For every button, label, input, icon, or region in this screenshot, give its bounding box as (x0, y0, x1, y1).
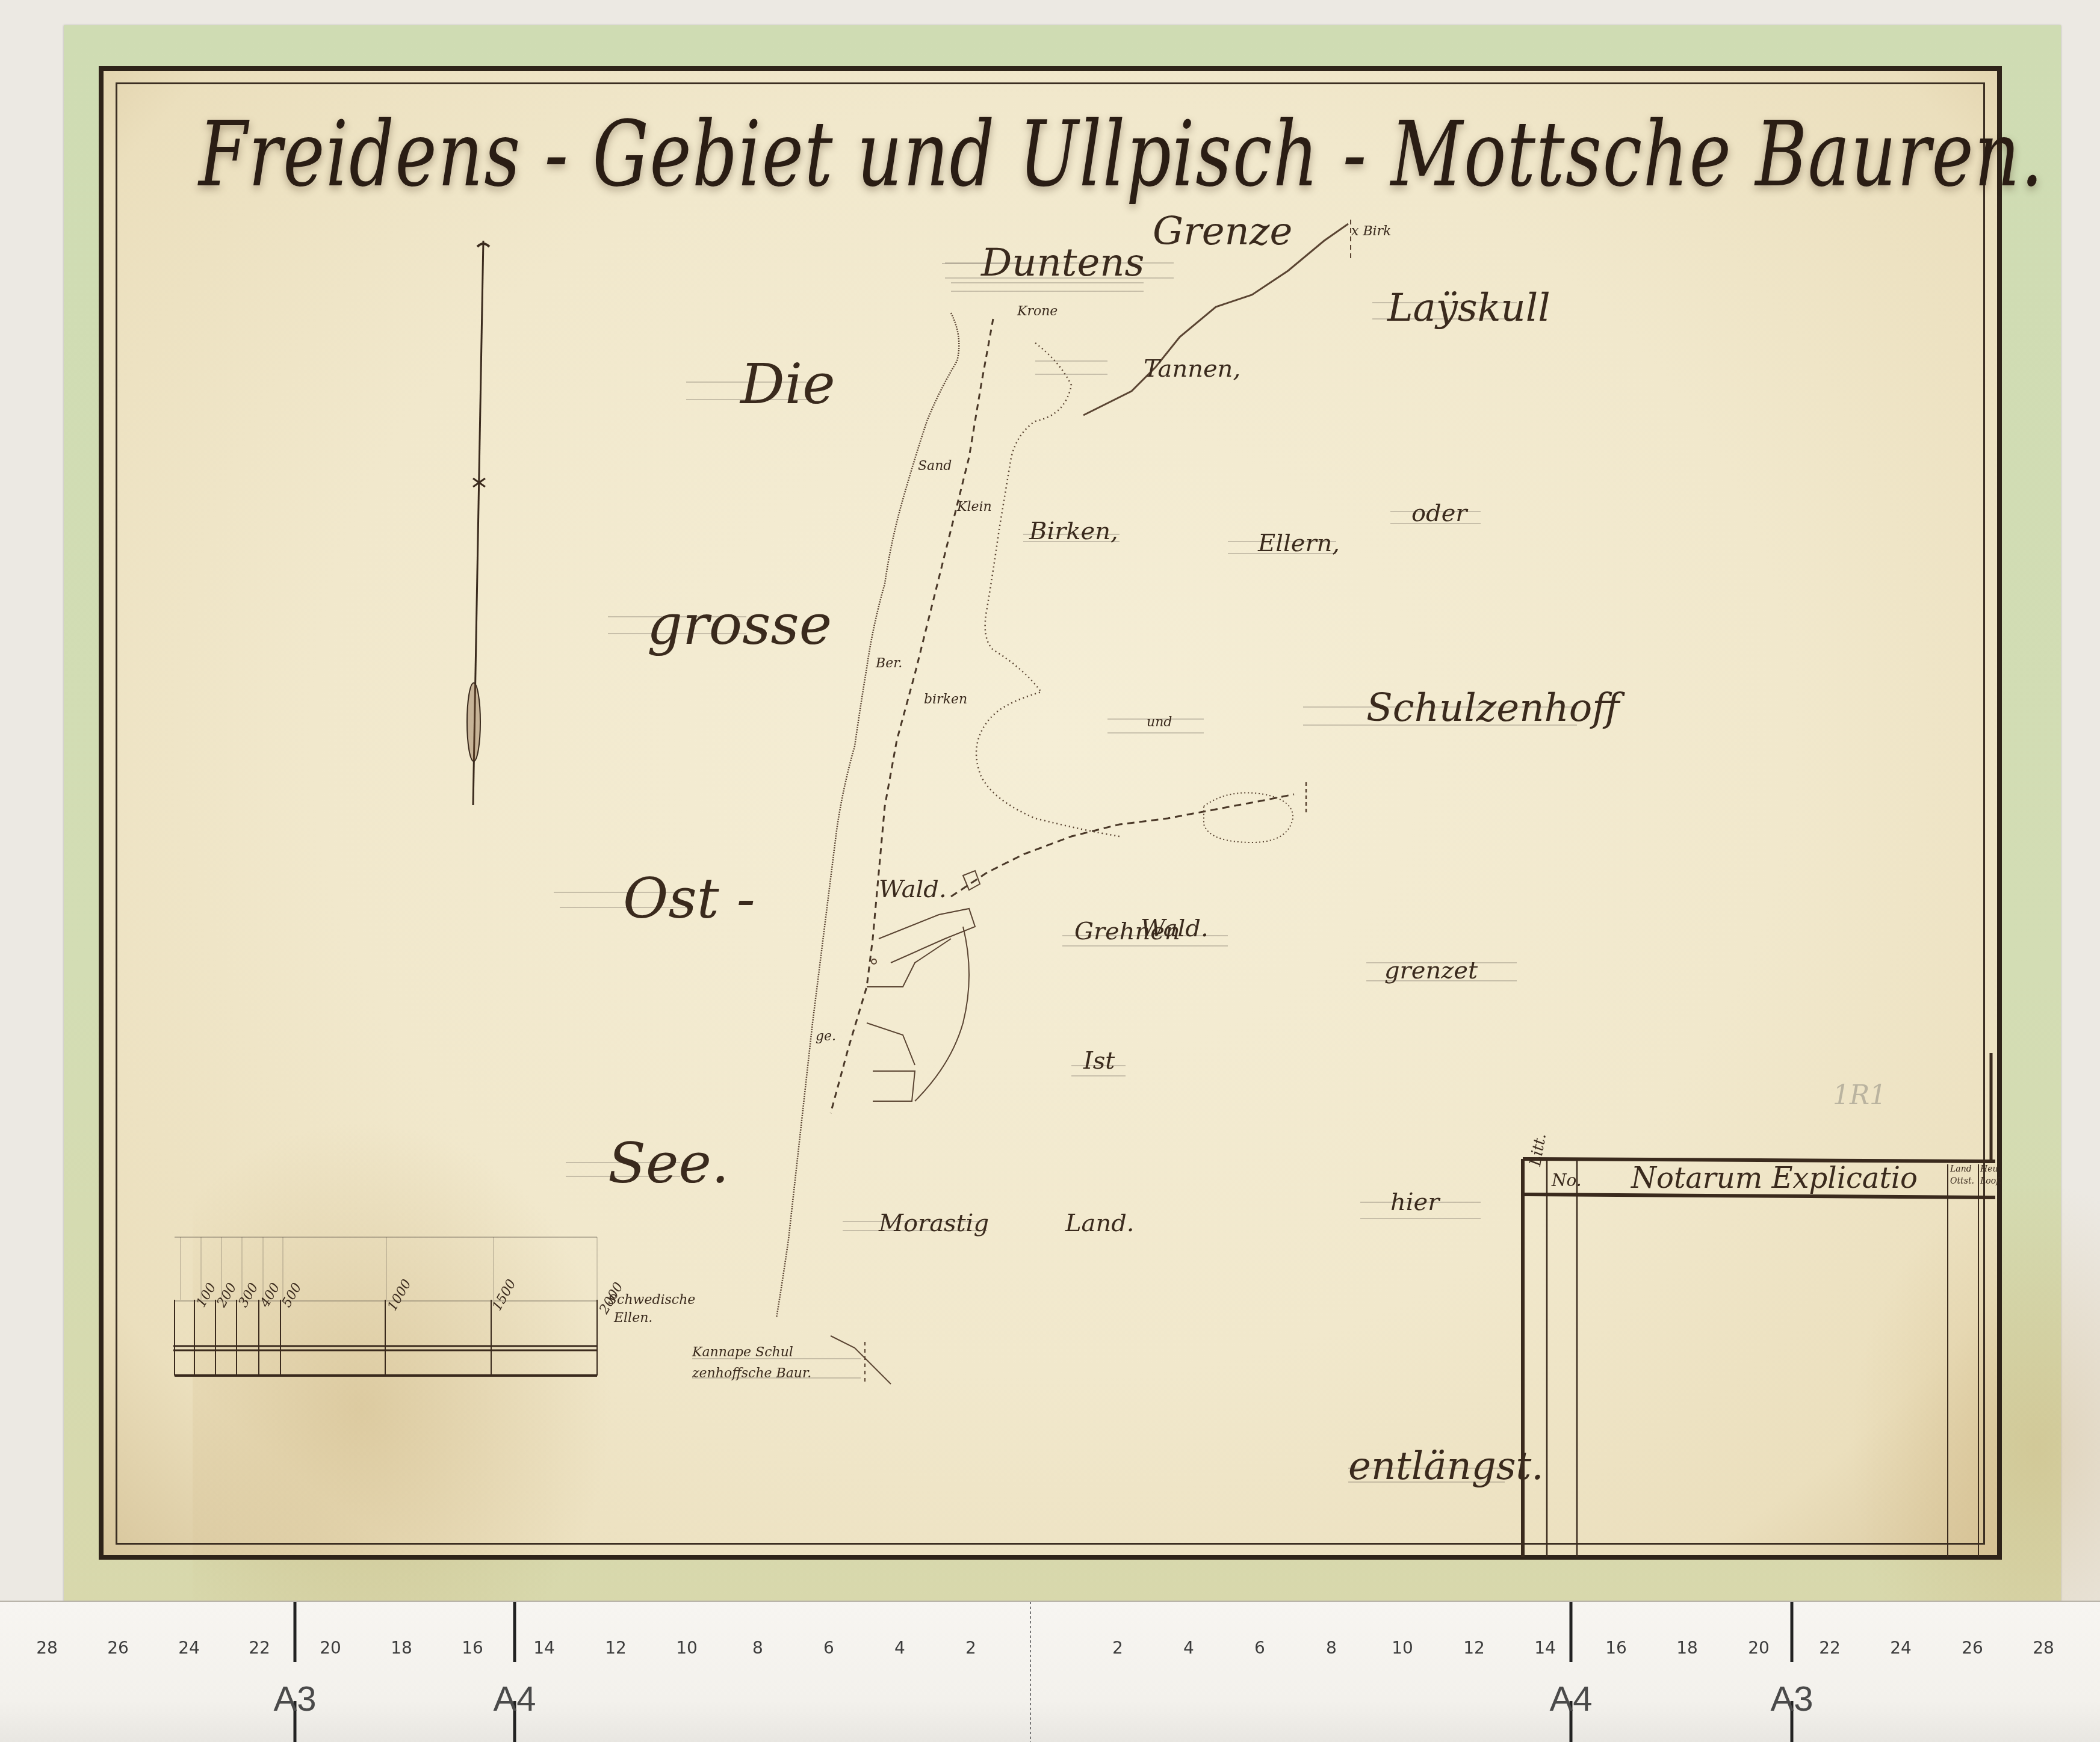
label-birk-marker: x Birk (1351, 224, 1391, 239)
ruler-number: 4 (1183, 1638, 1194, 1658)
label-ge: ge. (816, 1029, 836, 1044)
label-morastig: Morastig (879, 1209, 989, 1237)
ruler-number: 20 (320, 1638, 341, 1658)
label-lasskull: Laÿskull (1387, 286, 1550, 330)
label-krone: Krone (1017, 304, 1058, 319)
ruler-number: 12 (605, 1638, 627, 1658)
ruler-ticks (0, 1602, 2100, 1742)
legend-col-land-line2: Ottst. (1950, 1176, 1974, 1186)
ruler-number: 24 (1890, 1638, 1912, 1658)
label-sand: Sand (918, 459, 952, 474)
measurement-ruler: 28 26 24 22 20 18 16 14 12 10 8 6 4 2 2 … (0, 1601, 2100, 1742)
label-kannape-line2: zenhoffsche Baur. (692, 1366, 811, 1381)
label-entlangst: entlängst. (1348, 1444, 1544, 1489)
label-see: See. (608, 1131, 729, 1196)
ruler-number: 8 (1326, 1638, 1337, 1658)
label-birken-small: birken (924, 692, 967, 707)
label-ber: Ber. (876, 656, 902, 671)
ruler-number: 10 (1392, 1638, 1413, 1658)
coast-line-south (831, 1336, 891, 1384)
pencil-note: 1R1 (1833, 1080, 1886, 1111)
label-ost: Ost - (623, 866, 755, 931)
ruler-number: 28 (2033, 1638, 2054, 1658)
label-hier: hier (1390, 1188, 1439, 1216)
path-to-schulzenhoff (951, 794, 1294, 897)
field-parcels (867, 871, 980, 1101)
legend-col-heu-line2: Loof. (1980, 1176, 2001, 1186)
label-ellern: Ellern, (1258, 530, 1340, 557)
label-land: Land. (1065, 1209, 1135, 1237)
ruler-number: 20 (1748, 1638, 1770, 1658)
forest-boundary-dotted (976, 343, 1120, 836)
ruler-number: 8 (752, 1638, 763, 1658)
label-duntens: Duntens (981, 241, 1144, 285)
label-birken: Birken, (1029, 517, 1118, 545)
schulzenhoff-pond (1204, 793, 1293, 843)
label-klein: Klein (957, 499, 992, 514)
legend-col-title: Notarum Explicatio (1631, 1161, 1918, 1195)
label-wald-big: Wald. (1141, 915, 1209, 942)
ruler-number: 10 (676, 1638, 698, 1658)
scale-unit-label-line1: Schwedische (608, 1293, 695, 1308)
ruler-format-mark: A4 (494, 1679, 536, 1719)
label-grenze: Grenze (1153, 209, 1292, 254)
label-schulzenhoff: Schulzenhoff (1366, 686, 1620, 730)
ruler-number: 2 (1112, 1638, 1123, 1658)
ruler-number: 2 (965, 1638, 976, 1658)
label-wald-small: Wald. (879, 876, 947, 903)
legend-col-heu-line1: Heu (1980, 1164, 1998, 1174)
ruler-number: 6 (1254, 1638, 1265, 1658)
ruler-number: 16 (462, 1638, 483, 1658)
ruler-format-mark: A3 (1771, 1679, 1813, 1719)
scale-unit-label-line2: Ellen. (614, 1311, 652, 1326)
road-dashed (831, 319, 993, 1113)
ruler-number: 18 (391, 1638, 412, 1658)
ruler-format-mark: A3 (274, 1679, 317, 1719)
map-title: Freidens - Gebiet und Ullpisch - Mottsch… (199, 102, 2044, 207)
ruler-number: 6 (823, 1638, 834, 1658)
ruler-number: 26 (1962, 1638, 1983, 1658)
label-grenzet: grenzet (1384, 957, 1478, 984)
ruler-number: 14 (1534, 1638, 1556, 1658)
label-kannape-line1: Kannape Schul (692, 1345, 793, 1360)
ruler-number: 4 (894, 1638, 905, 1658)
ruler-number: 14 (533, 1638, 555, 1658)
ruler-number: 28 (36, 1638, 58, 1658)
ruler-number: 22 (249, 1638, 270, 1658)
ruler-number: 16 (1605, 1638, 1627, 1658)
label-oder: oder (1411, 499, 1467, 527)
label-grosse: grosse (647, 593, 832, 657)
label-ist: Ist (1083, 1047, 1115, 1075)
ruler-number: 24 (178, 1638, 200, 1658)
ruler-number: 26 (107, 1638, 129, 1658)
ruler-number: 22 (1819, 1638, 1841, 1658)
ruler-number: 18 (1676, 1638, 1698, 1658)
legend-col-land-line1: Land (1950, 1164, 1972, 1174)
legend-col-no: No. (1552, 1170, 1582, 1190)
north-arrow-icon (467, 241, 489, 805)
label-und: und (1147, 715, 1172, 730)
legend-table-lines (1523, 1053, 1995, 1557)
ruler-number: 12 (1463, 1638, 1485, 1658)
label-die: Die (740, 352, 835, 416)
ruler-format-mark: A4 (1550, 1679, 1593, 1719)
label-tannen: Tannen, (1144, 355, 1240, 383)
